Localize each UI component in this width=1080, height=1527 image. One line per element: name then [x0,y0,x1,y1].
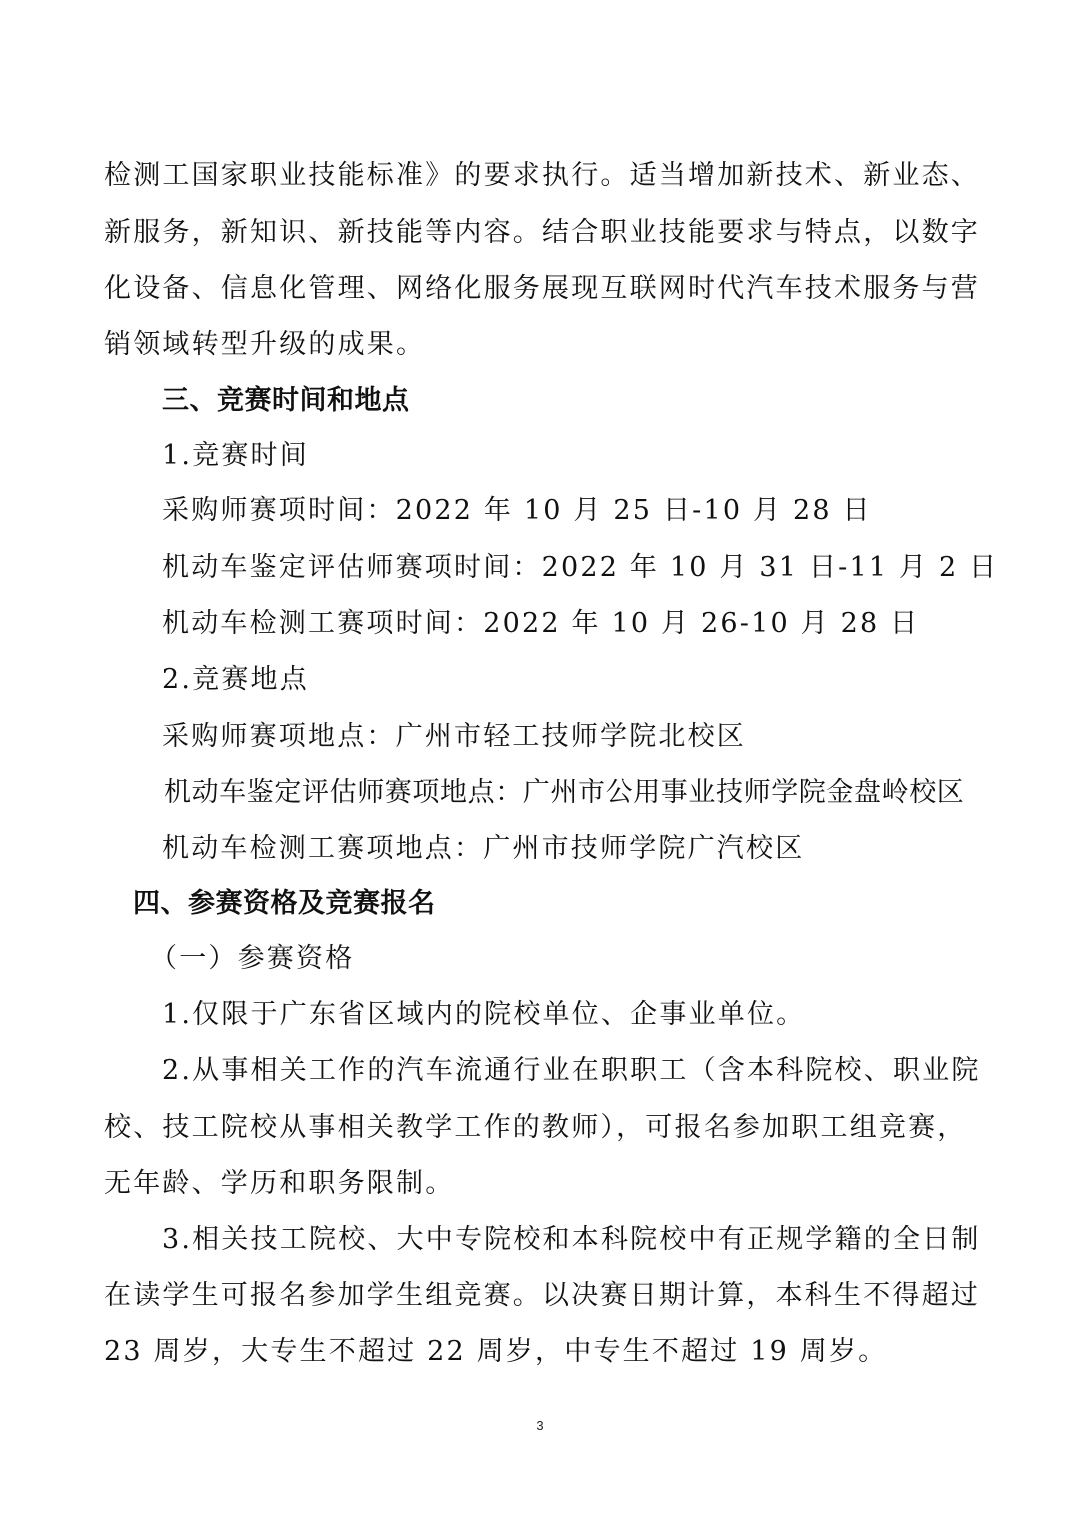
venue-item: 采购师赛项地点：广州市轻工技师学院北校区 [162,719,746,755]
eligibility-item: 2.从事相关工作的汽车流通行业在职职工（含本科院校、职业院 [162,1053,981,1089]
paragraph-line: 新服务，新知识、新技能等内容。结合职业技能要求与特点，以数字 [104,215,980,251]
subsection-heading: （一）参赛资格 [150,941,354,977]
paragraph-line: 销领域转型升级的成果。 [104,327,425,363]
subsection-heading: 1.竞赛时间 [162,438,309,474]
paragraph-line: 检测工国家职业技能标准》的要求执行。适当增加新技术、新业态、 [104,158,980,194]
paragraph-line: 校、技工院校从事相关教学工作的教师），可报名参加职工组竞赛， [104,1110,967,1146]
page-number: 3 [0,1418,1080,1433]
schedule-item: 机动车鉴定评估师赛项时间：2022 年 10 月 31 日-11 月 2 日 [162,550,998,586]
schedule-item: 采购师赛项时间：2022 年 10 月 25 日-10 月 28 日 [162,493,872,529]
paragraph-line: 23 周岁，大专生不超过 22 周岁，中专生不超过 19 周岁。 [104,1334,887,1370]
eligibility-item: 3.相关技工院校、大中专院校和本科院校中有正规学籍的全日制 [162,1222,981,1258]
document-page: 检测工国家职业技能标准》的要求执行。适当增加新技术、新业态、 新服务，新知识、新… [0,0,1080,1527]
paragraph-line: 化设备、信息化管理、网络化服务展现互联网时代汽车技术服务与营 [104,271,980,307]
paragraph-line: 无年龄、学历和职务限制。 [104,1166,454,1202]
subsection-heading: 2.竞赛地点 [162,662,309,698]
eligibility-item: 1.仅限于广东省区域内的院校单位、企事业单位。 [162,997,805,1033]
section-heading-3: 三、竞赛时间和地点 [162,383,410,419]
venue-item: 机动车检测工赛项地点：广州市技师学院广汽校区 [162,831,804,867]
section-heading-4: 四、参赛资格及竞赛报名 [133,886,436,922]
schedule-item: 机动车检测工赛项时间：2022 年 10 月 26-10 月 28 日 [162,606,919,642]
venue-item: 机动车鉴定评估师赛项地点：广州市公用事业技师学院金盘岭校区 [164,775,964,811]
paragraph-line: 在读学生可报名参加学生组竞赛。以决赛日期计算，本科生不得超过 [104,1278,980,1314]
